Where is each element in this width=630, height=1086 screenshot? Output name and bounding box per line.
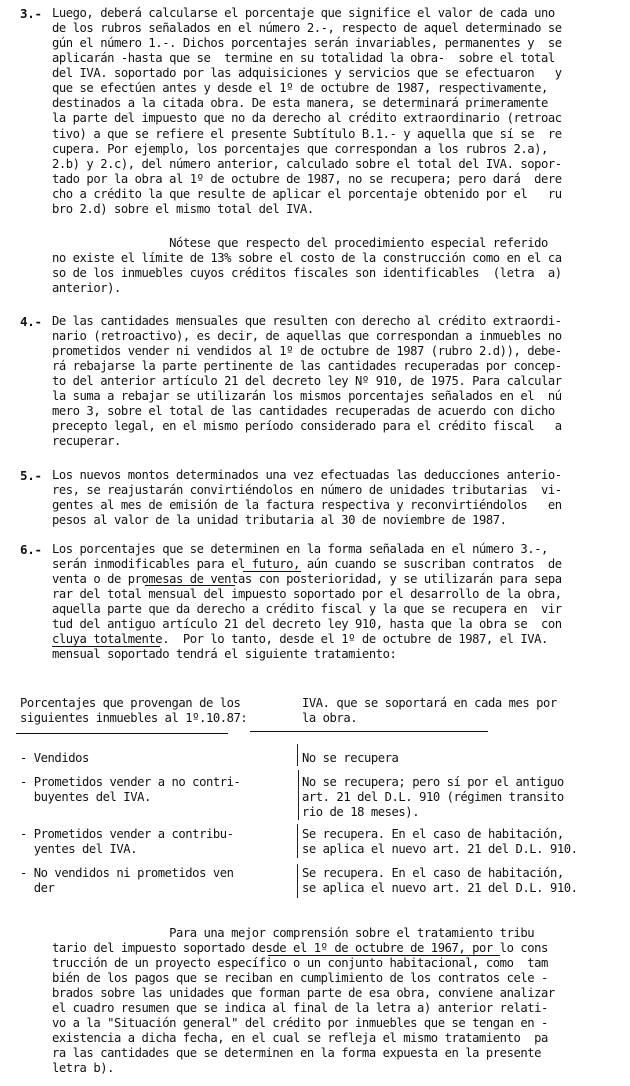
row-value: se aplica el nuevo art. 21 del D.L. 910. bbox=[302, 881, 578, 896]
text-line: pesos al valor de la unidad tributaria a… bbox=[52, 513, 507, 528]
text-line: rá rebajarse la parte pertinente de las … bbox=[52, 359, 562, 374]
table-header-right: la obra. bbox=[302, 711, 357, 726]
brace-icon bbox=[297, 864, 298, 898]
text-line: to del anterior artículo 21 del decreto … bbox=[52, 374, 562, 389]
row-label: der bbox=[20, 881, 54, 896]
text-line: anterior). bbox=[52, 281, 121, 296]
text-line: mero 3, sobre el total de las cantidades… bbox=[52, 404, 555, 419]
row-value: No se recupera bbox=[302, 751, 398, 766]
table-header-right: IVA. que se soportará en cada mes por bbox=[302, 696, 557, 711]
row-value: art. 21 del D.L. 910 (régimen transito bbox=[302, 790, 564, 805]
text-line: rar del total mensual del impuesto sopor… bbox=[52, 587, 562, 602]
text-line: bro 2.d) sobre el mismo total del IVA. bbox=[52, 202, 314, 217]
text-line: trucción de un proyecto específico o un … bbox=[52, 956, 548, 971]
underline-mark bbox=[145, 585, 235, 586]
text-line: Luego, deberá calcularse el porcentaje q… bbox=[52, 6, 555, 21]
text-line: existencia a dicha fecha, en el cual se … bbox=[52, 1031, 548, 1046]
text-line: Para una mejor comprensión sobre el trat… bbox=[52, 926, 534, 941]
text-line: cupera. Por ejemplo, los porcentajes que… bbox=[52, 142, 548, 157]
table-header-left: siguientes inmuebles al 1º.10.87: bbox=[20, 711, 247, 726]
text-line: tado por la obra al 1º de octubre de 198… bbox=[52, 172, 562, 187]
text-line: mensual soportado tendrá el siguiente tr… bbox=[52, 647, 396, 662]
text-line: cho a crédito la que resulte de aplicar … bbox=[52, 187, 562, 202]
row-value: Se recupera. En el caso de habitación, bbox=[302, 866, 564, 881]
text-line: tivo) a que se refiere el presente Subtí… bbox=[52, 127, 562, 142]
table-header-rule bbox=[16, 733, 228, 734]
section-number-5: 5.- bbox=[20, 468, 42, 483]
text-line: cluya totalmente. Por lo tanto, desde el… bbox=[52, 632, 548, 647]
text-line: de los rubros señalados en el número 2.-… bbox=[52, 21, 562, 36]
section-number-4: 4.- bbox=[20, 314, 42, 329]
text-line: prometidos vender ni vendidos al 1º de o… bbox=[52, 344, 562, 359]
text-line: De las cantidades mensuales que resulten… bbox=[52, 314, 562, 329]
text-line: tud del antiguo artículo 21 del decreto … bbox=[52, 617, 562, 632]
text-line: bién de los pagos que se reciban en cump… bbox=[52, 971, 548, 986]
row-label: - Vendidos bbox=[20, 751, 89, 766]
text-line: recuperar. bbox=[52, 434, 121, 449]
section-number-3: 3.- bbox=[20, 6, 42, 21]
text-line: venta o de promesas de ventas con poster… bbox=[52, 572, 562, 587]
section-number-6: 6.- bbox=[20, 542, 42, 557]
text-line: el cuadro resumen que se indica al final… bbox=[52, 1001, 548, 1016]
row-value: rio de 18 meses). bbox=[302, 805, 419, 820]
table-header-left: Porcentajes que provengan de los bbox=[20, 696, 240, 711]
row-value: No se recupera; pero sí por el antiguo bbox=[302, 775, 564, 790]
text-line: la parte del impuesto que no da derecho … bbox=[52, 111, 562, 126]
text-line: vo a la "Situación general" del crédito … bbox=[52, 1016, 548, 1031]
text-line: gentes al mes de emisión de la factura r… bbox=[52, 498, 562, 513]
text-line: 2.b) y 2.c), del número anterior, calcul… bbox=[52, 157, 562, 172]
text-line: no existe el límite de 13% sobre el cost… bbox=[52, 251, 562, 266]
text-line: ra las cantidades que se determinen en l… bbox=[52, 1046, 541, 1061]
row-value: se aplica el nuevo art. 21 del D.L. 910. bbox=[302, 842, 578, 857]
underline-mark bbox=[243, 571, 301, 572]
underline-mark bbox=[52, 646, 160, 647]
text-line: serán inmodificables para el futuro, aún… bbox=[52, 557, 562, 572]
text-line: res, se reajustarán convirtiéndolos en n… bbox=[52, 483, 562, 498]
text-line: del IVA. soportado por las adquisiciones… bbox=[52, 66, 562, 81]
text-line: letra b). bbox=[52, 1061, 114, 1076]
document-page: 3.- Luego, deberá calcularse el porcenta… bbox=[0, 0, 630, 1086]
row-label: - Prometidos vender a no contri- bbox=[20, 775, 240, 790]
row-label: - Prometidos vender a contribu- bbox=[20, 827, 234, 842]
text-line: so de los inmuebles cuyos créditos fisca… bbox=[52, 266, 562, 281]
text-line: la suma a rebajar se utilizarán los mism… bbox=[52, 389, 562, 404]
text-line: aquella parte que da derecho a crédito f… bbox=[52, 602, 562, 617]
underline-mark bbox=[268, 955, 500, 956]
text-line: destinados a la citada obra. De esta man… bbox=[52, 96, 548, 111]
text-line: que se efectúen antes y desde el 1º de o… bbox=[52, 81, 548, 96]
brace-icon bbox=[297, 824, 298, 858]
text-line: aplicarán -hasta que se termine en su to… bbox=[52, 51, 555, 66]
row-label: yentes del IVA. bbox=[20, 842, 137, 857]
text-line: tario del impuesto soportado desde el 1º… bbox=[52, 941, 548, 956]
text-line: precepto legal, en el mismo período cons… bbox=[52, 419, 562, 434]
text-line: Los porcentajes que se determinen en la … bbox=[52, 542, 548, 557]
text-line: brados sobre las unidades que forman par… bbox=[52, 986, 555, 1001]
row-value: Se recupera. En el caso de habitación, bbox=[302, 827, 564, 842]
brace-icon bbox=[297, 744, 298, 766]
brace-icon bbox=[298, 770, 299, 820]
text-line: Nótese que respecto del procedimiento es… bbox=[52, 236, 548, 251]
text-line: nario (retroactivo), es decir, de aquell… bbox=[52, 329, 562, 344]
row-label: - No vendidos ni prometidos ven bbox=[20, 866, 234, 881]
table-header-rule bbox=[250, 731, 488, 732]
text-line: gún el número 1.-. Dichos porcentajes se… bbox=[52, 36, 562, 51]
row-label: buyentes del IVA. bbox=[20, 790, 151, 805]
text-line: Los nuevos montos determinados una vez e… bbox=[52, 468, 562, 483]
